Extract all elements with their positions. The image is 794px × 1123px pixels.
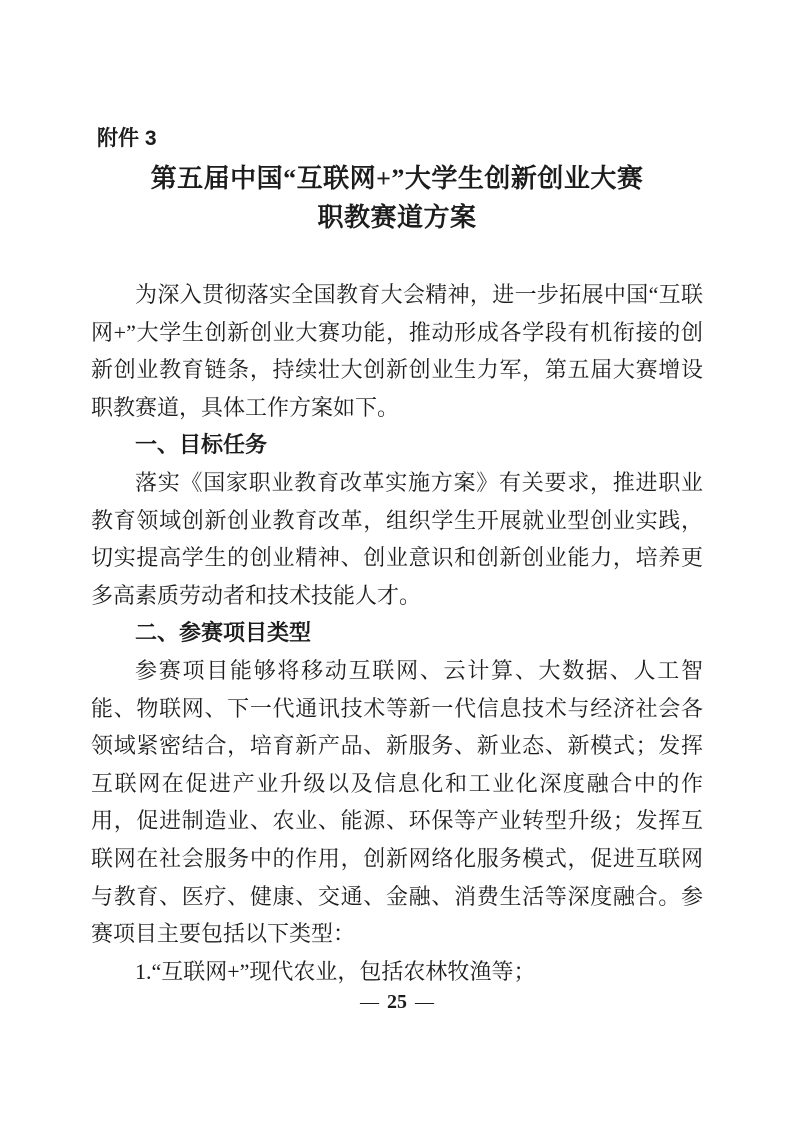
- section-1-heading: 一、目标任务: [91, 426, 703, 464]
- section-2-paragraph: 参赛项目能够将移动互联网、云计算、大数据、人工智能、物联网、下一代通讯技术等新一…: [91, 652, 703, 953]
- intro-paragraph: 为深入贯彻落实全国教育大会精神，进一步拓展中国“互联网+”大学生创新创业大赛功能…: [91, 276, 703, 426]
- footer-dash-right: —: [415, 992, 434, 1013]
- document-body: 为深入贯彻落实全国教育大会精神，进一步拓展中国“互联网+”大学生创新创业大赛功能…: [91, 276, 703, 990]
- document-title-line1: 第五届中国“互联网+”大学生创新创业大赛: [0, 159, 794, 198]
- footer-dash-left: —: [360, 992, 379, 1013]
- page-number: 25: [387, 991, 407, 1013]
- attachment-label: 附件 3: [97, 126, 157, 152]
- document-page: 附件 3 第五届中国“互联网+”大学生创新创业大赛 职教赛道方案 为深入贯彻落实…: [0, 0, 794, 1123]
- section-2-heading: 二、参赛项目类型: [91, 614, 703, 652]
- section-1-paragraph: 落实《国家职业教育改革实施方案》有关要求，推进职业教育领域创新创业教育改革，组织…: [91, 464, 703, 614]
- document-title-line2: 职教赛道方案: [0, 198, 794, 237]
- document-title: 第五届中国“互联网+”大学生创新创业大赛 职教赛道方案: [0, 159, 794, 237]
- project-type-item-1: 1.“互联网+”现代农业，包括农林牧渔等；: [91, 953, 703, 991]
- page-footer: —25—: [0, 989, 794, 1016]
